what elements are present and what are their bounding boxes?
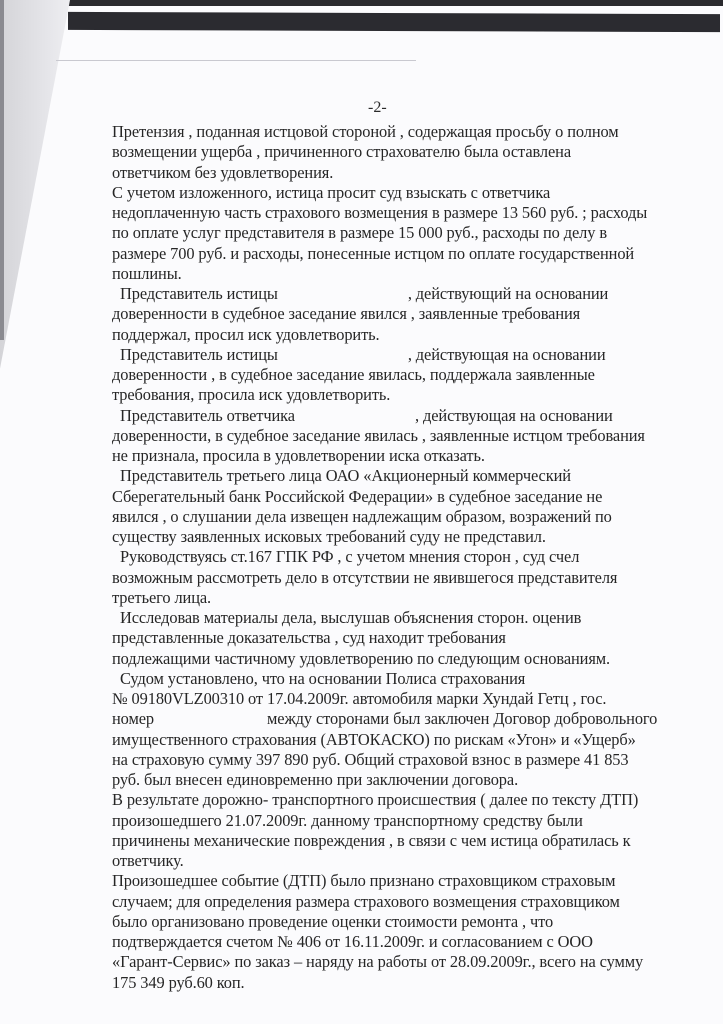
text-line: Руководствуясь ст.167 ГПК РФ , с учетом … (112, 547, 692, 567)
text-line-content: возмещении ущерба , причиненного страхов… (112, 142, 571, 161)
text-line: С учетом изложенного, истица просит суд … (112, 183, 692, 203)
text-line-content: доверенности в судебное заседание явился… (112, 304, 580, 323)
text-line-continuation: , действующая на основании (415, 406, 613, 425)
text-line-content: Руководствуясь ст.167 ГПК РФ , с учетом … (120, 547, 579, 566)
text-line-content: пошлины. (112, 264, 182, 283)
text-line-content: было организовано проведение оценки стои… (112, 912, 553, 931)
text-line: было организовано проведение оценки стои… (112, 912, 692, 932)
page-number: -2- (368, 99, 387, 117)
text-line-continuation: , действующая на основании (408, 345, 606, 364)
text-line: имущественного страхования (АВТОКАСКО) п… (112, 730, 692, 750)
text-line-content: Представитель ответчика (120, 406, 295, 425)
text-line: поддержал, просил иск удовлетворить. (112, 325, 692, 345)
text-line-content: Судом установлено, что на основании Поли… (120, 669, 525, 688)
text-line: третьего лица. (112, 588, 692, 608)
faint-rule-line (56, 60, 416, 61)
text-line: возмещении ущерба , причиненного страхов… (112, 142, 692, 162)
text-line-content: 175 349 руб.60 коп. (112, 973, 245, 992)
text-line: Представитель истицы, действующая на осн… (112, 345, 692, 365)
text-line-content: не признала, просила в удовлетворении ис… (112, 446, 485, 465)
text-line-content: подлежащими частичному удовлетворению по… (112, 649, 610, 668)
text-line: пошлины. (112, 264, 692, 284)
text-line-content: случаем; для определения размера страхов… (112, 892, 620, 911)
text-line: Судом установлено, что на основании Поли… (112, 669, 692, 689)
text-line-continuation: между сторонами был заключен Договор доб… (267, 709, 657, 728)
text-line-content: ответчику. (112, 851, 184, 870)
text-line: подтверждается счетом № 406 от 16.11.200… (112, 932, 692, 952)
text-line-content: явился , о слушании дела извещен надлежа… (112, 507, 612, 526)
text-line: Произошедшее событие (ДТП) было признано… (112, 871, 692, 891)
text-line: явился , о слушании дела извещен надлежа… (112, 507, 692, 527)
text-line: случаем; для определения размера страхов… (112, 892, 692, 912)
text-line-content: причинены механические повреждения , в с… (112, 831, 631, 850)
text-line-content: третьего лица. (112, 588, 211, 607)
text-line: произошедшего 21.07.2009г. данному транс… (112, 811, 692, 831)
text-line: причинены механические повреждения , в с… (112, 831, 692, 851)
text-line: Претензия , поданная истцовой стороной ,… (112, 122, 692, 142)
text-line-content: поддержал, просил иск удовлетворить. (112, 325, 380, 344)
text-line: «Гарант-Сервис» по заказ – наряду на раб… (112, 952, 692, 972)
text-line: доверенности в судебное заседание явился… (112, 304, 692, 324)
text-line-content: Представитель истицы (120, 345, 278, 364)
document-body: Претензия , поданная истцовой стороной ,… (112, 122, 692, 993)
text-line: доверенности, в судебное заседание явила… (112, 426, 692, 446)
text-line-content: требования, просила иск удовлетворить. (112, 385, 390, 404)
text-line-content: по оплате услуг представителя в размере … (112, 223, 607, 242)
scanned-document-page: -2- Претензия , поданная истцовой сторон… (0, 0, 723, 1024)
text-line: Представитель истицы, действующий на осн… (112, 284, 692, 304)
text-line: размере 700 руб. и расходы, понесенные и… (112, 244, 692, 264)
text-line-content: В результате дорожно- транспортного прои… (112, 790, 638, 809)
text-line-content: Сберегательный банк Российской Федерации… (112, 487, 602, 506)
text-line-content: имущественного страхования (АВТОКАСКО) п… (112, 730, 636, 749)
text-line: В результате дорожно- транспортного прои… (112, 790, 692, 810)
text-line-content: Произошедшее событие (ДТП) было признано… (112, 871, 615, 890)
text-line: недоплаченную часть страхового возмещени… (112, 203, 692, 223)
text-line: Исследовав материалы дела, выслушав объя… (112, 608, 692, 628)
text-line-content: на страховую сумму 397 890 руб. Общий ст… (112, 750, 628, 769)
text-line: доверенности , в судебное заседание явил… (112, 365, 692, 385)
scanner-dark-band (68, 12, 720, 32)
text-line-content: Исследовав материалы дела, выслушав объя… (120, 608, 581, 627)
text-line: подлежащими частичному удовлетворению по… (112, 649, 692, 669)
scanner-left-shadow (0, 0, 70, 1024)
text-line-content: Представитель истицы (120, 284, 278, 303)
text-line-content: доверенности , в судебное заседание явил… (112, 365, 595, 384)
text-line: руб. был внесен единовременно при заключ… (112, 770, 692, 790)
scanner-top-edge (0, 0, 723, 6)
text-line-content: возможным рассмотреть дело в отсутствии … (112, 568, 617, 587)
text-line-content: Представитель третьего лица ОАО «Акционе… (120, 466, 571, 485)
text-line-content: номер (112, 709, 154, 728)
text-line: на страховую сумму 397 890 руб. Общий ст… (112, 750, 692, 770)
text-line: Представитель ответчика, действующая на … (112, 406, 692, 426)
text-line-content: недоплаченную часть страхового возмещени… (112, 203, 647, 222)
text-line: ответчиком без удовлетворения. (112, 163, 692, 183)
text-line-content: руб. был внесен единовременно при заключ… (112, 770, 518, 789)
text-line-content: размере 700 руб. и расходы, понесенные и… (112, 244, 634, 263)
text-line-content: С учетом изложенного, истица просит суд … (112, 183, 550, 202)
text-line: требования, просила иск удовлетворить. (112, 385, 692, 405)
text-line-content: произошедшего 21.07.2009г. данному транс… (112, 811, 583, 830)
text-line-content: доверенности, в судебное заседание явила… (112, 426, 645, 445)
text-line: представленные доказательства , суд нахо… (112, 628, 692, 648)
text-line: не признала, просила в удовлетворении ис… (112, 446, 692, 466)
text-line-content: «Гарант-Сервис» по заказ – наряду на раб… (112, 952, 643, 971)
text-line: Сберегательный банк Российской Федерации… (112, 487, 692, 507)
text-line-continuation: , действующий на основании (408, 284, 608, 303)
text-line: № 09180VLZ00310 от 17.04.2009г. автомоби… (112, 689, 692, 709)
text-line: возможным рассмотреть дело в отсутствии … (112, 568, 692, 588)
text-line: номермежду сторонами был заключен Догово… (112, 709, 692, 729)
text-line: по оплате услуг представителя в размере … (112, 223, 692, 243)
text-line-content: подтверждается счетом № 406 от 16.11.200… (112, 932, 593, 951)
text-line-content: № 09180VLZ00310 от 17.04.2009г. автомоби… (112, 689, 606, 708)
text-line-content: ответчиком без удовлетворения. (112, 163, 333, 182)
scanner-left-rule (0, 0, 4, 340)
text-line-content: представленные доказательства , суд нахо… (112, 628, 506, 647)
text-line: существу заявленных исковых требований с… (112, 527, 692, 547)
text-line: 175 349 руб.60 коп. (112, 973, 692, 993)
text-line-content: существу заявленных исковых требований с… (112, 527, 546, 546)
text-line: ответчику. (112, 851, 692, 871)
text-line-content: Претензия , поданная истцовой стороной ,… (112, 122, 619, 141)
text-line: Представитель третьего лица ОАО «Акционе… (112, 466, 692, 486)
